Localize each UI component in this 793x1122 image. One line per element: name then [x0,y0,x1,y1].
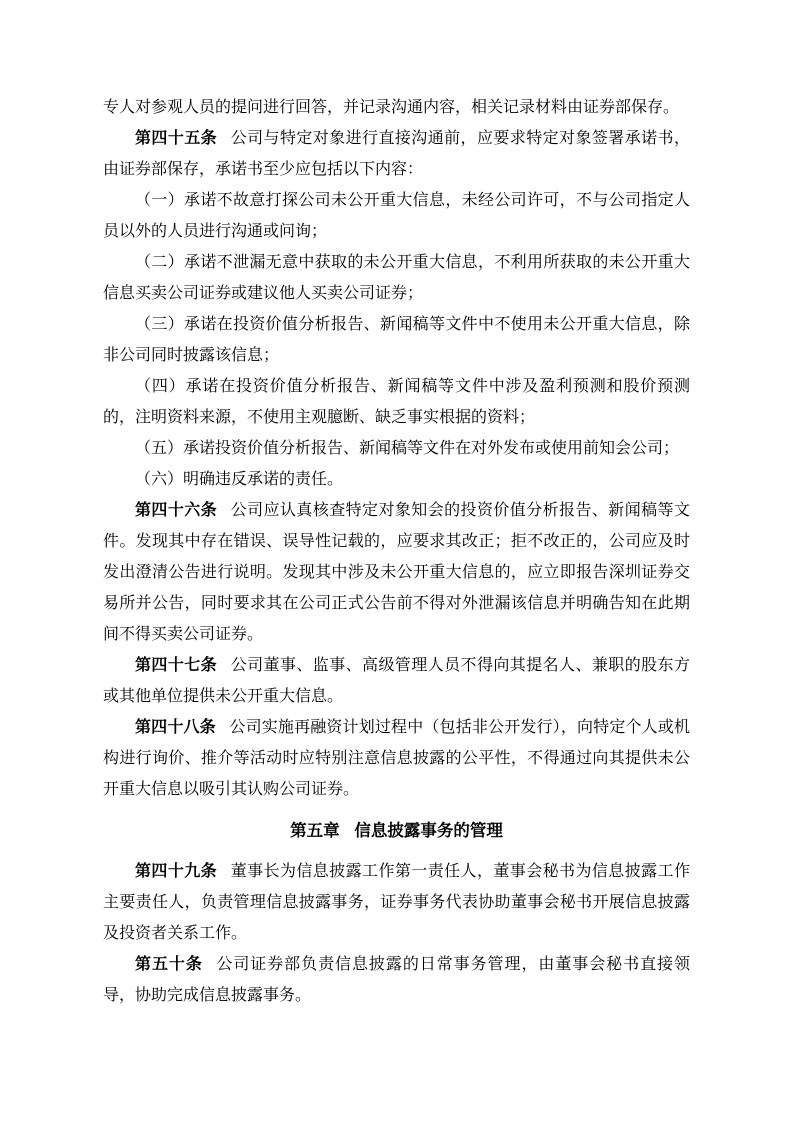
paragraph-item-5: （五）承诺投资价值分析报告、新闻稿等文件在对外发布或使用前知会公司； [103,433,690,464]
paragraph-article-47: 第四十七条公司董事、监事、高级管理人员不得向其提名人、兼职的股东方或其他单位提供… [103,650,690,712]
paragraph-item-2: （二）承诺不泄漏无意中获取的未公开重大信息，不利用所获取的未公开重大信息买卖公司… [103,247,690,309]
chapter-title: 信息披露事务的管理 [354,821,503,840]
article-46-number: 第四十六条 [135,502,217,519]
paragraph-article-49: 第四十九条董事长为信息披露工作第一责任人，董事会秘书为信息披露工作主要责任人，负… [103,856,690,949]
paragraph-item-4: （四）承诺在投资价值分析报告、新闻稿等文件中涉及盈利预测和股价预测的，注明资料来… [103,371,690,433]
article-46-text: 公司应认真核查特定对象知会的投资价值分析报告、新闻稿等文件。发现其中存在错误、误… [103,502,690,643]
paragraph-article-45: 第四十五条公司与特定对象进行直接沟通前，应要求特定对象签署承诺书，由证券部保存，… [103,123,690,185]
paragraph-item-3: （三）承诺在投资价值分析报告、新闻稿等文件中不使用未公开重大信息，除非公司同时披… [103,309,690,371]
article-47-number: 第四十七条 [135,657,217,674]
paragraph-article-48: 第四十八条公司实施再融资计划过程中（包括非公开发行），向特定个人或机构进行询价、… [103,712,690,805]
paragraph-continuation: 专人对参观人员的提问进行回答，并记录沟通内容，相关记录材料由证券部保存。 [103,92,690,123]
article-48-number: 第四十八条 [135,719,216,736]
paragraph-item-6: （六）明确违反承诺的责任。 [103,464,690,495]
paragraph-article-46: 第四十六条公司应认真核查特定对象知会的投资价值分析报告、新闻稿等文件。发现其中存… [103,495,690,650]
chapter-number: 第五章 [290,821,340,840]
document-page: 专人对参观人员的提问进行回答，并记录沟通内容，相关记录材料由证券部保存。 第四十… [0,0,793,1122]
article-49-number: 第四十九条 [135,863,217,880]
paragraph-item-1: （一）承诺不故意打探公司未公开重大信息，未经公司许可，不与公司指定人员以外的人员… [103,185,690,247]
article-45-number: 第四十五条 [135,130,217,147]
article-50-number: 第五十条 [135,956,203,973]
chapter-heading: 第五章信息披露事务的管理 [103,815,690,846]
paragraph-article-50: 第五十条公司证券部负责信息披露的日常事务管理，由董事会秘书直接领导，协助完成信息… [103,949,690,1011]
